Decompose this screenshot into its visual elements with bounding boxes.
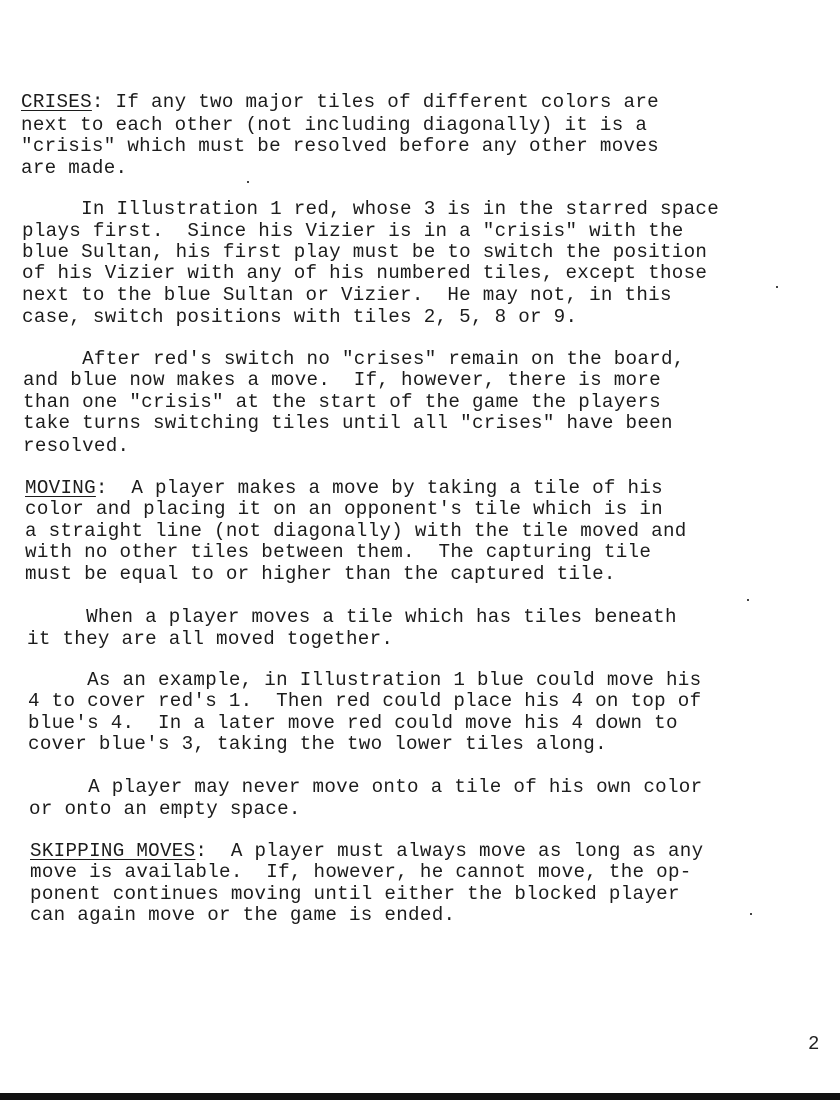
paragraph-line: A player may never move onto a tile of h… xyxy=(29,777,702,798)
paragraph-line: than one "crisis" at the start of the ga… xyxy=(23,392,661,413)
section-heading: CRISES xyxy=(21,91,92,113)
paragraph-line: CRISES: If any two major tiles of differ… xyxy=(21,92,659,113)
paragraph-line: In Illustration 1 red, whose 3 is in the… xyxy=(22,199,719,220)
paragraph-line: plays first. Since his Vizier is in a "c… xyxy=(22,221,684,242)
paragraph-line: cover blue's 3, taking the two lower til… xyxy=(28,734,607,755)
paragraph-line: with no other tiles between them. The ca… xyxy=(25,542,651,563)
section-heading: SKIPPING MOVES xyxy=(30,840,195,862)
document-page: CRISES: If any two major tiles of differ… xyxy=(0,0,840,1100)
paragraph-line: MOVING: A player makes a move by taking … xyxy=(25,478,663,499)
paragraph-line: case, switch positions with tiles 2, 5, … xyxy=(22,307,577,328)
paragraph-line: next to the blue Sultan or Vizier. He ma… xyxy=(22,285,672,306)
paragraph-line: and blue now makes a move. If, however, … xyxy=(23,370,661,391)
paragraph-line: As an example, in Illustration 1 blue co… xyxy=(28,670,701,691)
paragraph-line: ponent continues moving until either the… xyxy=(30,884,680,905)
paragraph-line: color and placing it on an opponent's ti… xyxy=(25,499,663,520)
paragraph-line: next to each other (not including diagon… xyxy=(21,115,647,136)
paragraph-line: 4 to cover red's 1. Then red could place… xyxy=(28,691,701,712)
scan-speck xyxy=(747,599,749,601)
scan-speck xyxy=(750,913,752,915)
paragraph-line: take turns switching tiles until all "cr… xyxy=(23,413,673,434)
paragraph-line: move is available. If, however, he canno… xyxy=(30,862,692,883)
paragraph-line: a straight line (not diagonally) with th… xyxy=(25,521,687,542)
scan-bottom-edge xyxy=(0,1093,840,1100)
paragraph-line: When a player moves a tile which has til… xyxy=(27,607,677,628)
scan-speck xyxy=(776,286,778,288)
section-heading: MOVING xyxy=(25,477,96,499)
paragraph-line: can again move or the game is ended. xyxy=(30,905,455,926)
paragraph-line: or onto an empty space. xyxy=(29,799,301,820)
page-number: 2 xyxy=(808,1033,819,1055)
paragraph-line: blue Sultan, his first play must be to s… xyxy=(22,242,707,263)
paragraph-line: blue's 4. In a later move red could move… xyxy=(28,713,678,734)
paragraph-line: resolved. xyxy=(23,436,129,457)
paragraph-line: must be equal to or higher than the capt… xyxy=(25,564,616,585)
paragraph-line: After red's switch no "crises" remain on… xyxy=(23,349,685,370)
paragraph-line: SKIPPING MOVES: A player must always mov… xyxy=(30,841,703,862)
scan-speck xyxy=(247,181,249,183)
paragraph-line: of his Vizier with any of his numbered t… xyxy=(22,263,707,284)
paragraph-line: "crisis" which must be resolved before a… xyxy=(21,136,659,157)
paragraph-line: it they are all moved together. xyxy=(27,629,393,650)
paragraph-line: are made. xyxy=(21,158,127,179)
